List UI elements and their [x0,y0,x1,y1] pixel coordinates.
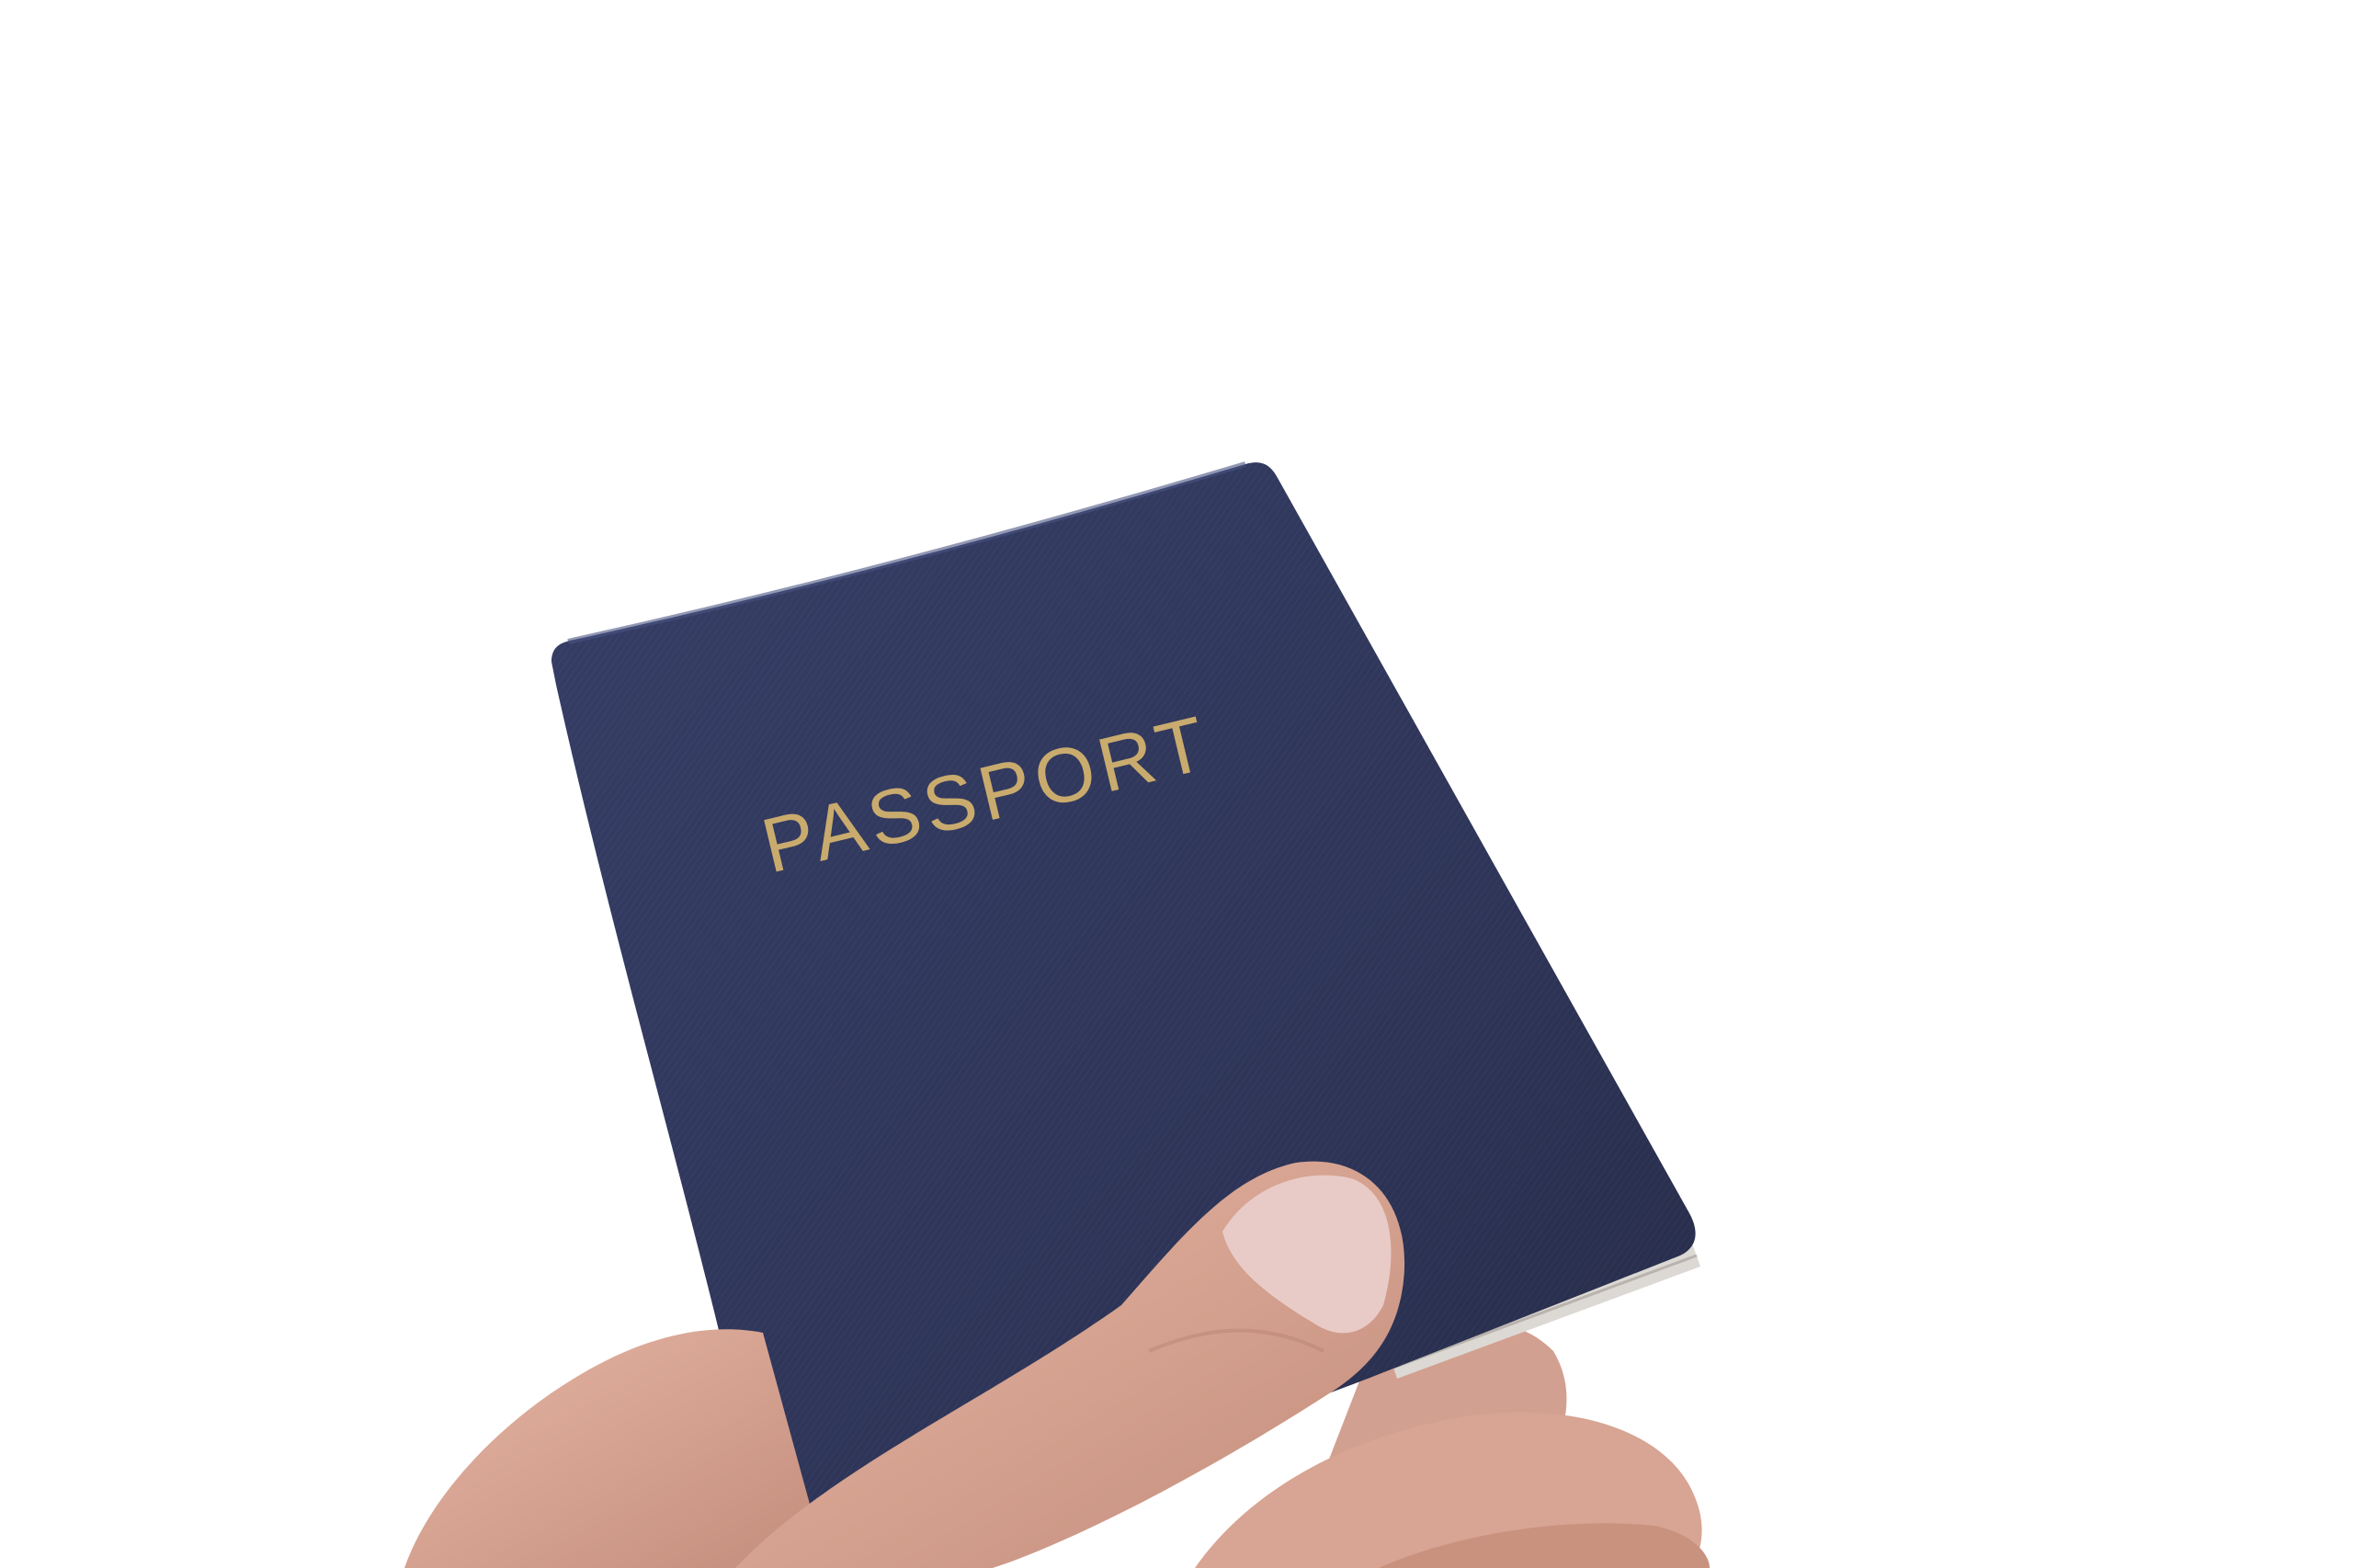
photo-scene: PASSPORT [0,0,2353,1568]
